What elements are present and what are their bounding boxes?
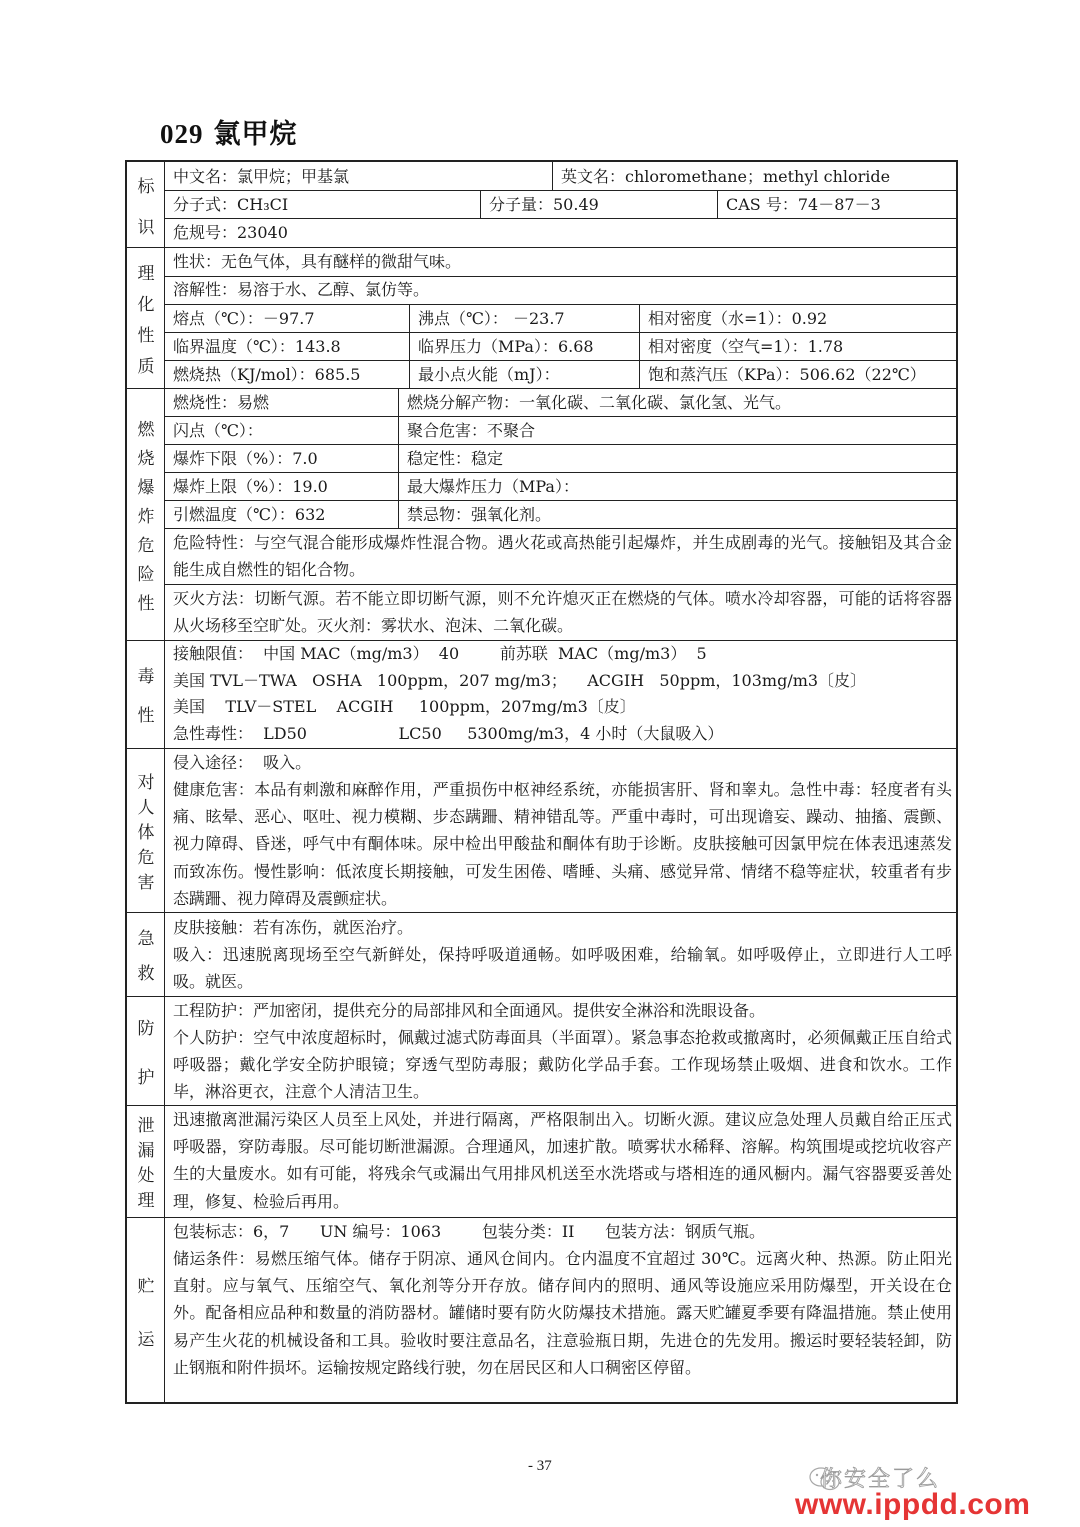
packing-info: 包装标志：6，7 UN 编号：1063 包装分类：II 包装方法：钢质气瓶。 [165,1218,958,1245]
toxicity-line-2: 美国 TVL－TWA OSHA 100ppm，207 mg/m3； ACGIH … [165,668,958,695]
section-divider [127,748,958,749]
toxicity-line-1: 接触限值： 中国 MAC（mg/m3） 40 前苏联 MAC（mg/m3） 5 [165,641,958,668]
leak-response-text: 迅速撤离泄漏污染区人员至上风处，并进行隔离，严格限制出入。切断火源。建议应急处理… [165,1106,958,1215]
first-aid-skin: 皮肤接触：若有冻伤，就医治疗。 [165,914,958,941]
page-number: - 37 [528,1458,552,1475]
section-label-protection: 防 护 [127,996,165,1105]
relative-density-water: 相对密度（水=1）：0.92 [640,305,958,333]
stability: 稳定性：稳定 [399,445,958,473]
section-label-fire-explosion: 燃 烧 爆 炸 危 险 性 [127,388,165,640]
section-label-toxicity: 毒 性 [127,640,165,748]
first-aid-inhalation: 吸入：迅速脱离现场至空气新鲜处，保持呼吸道通畅。如呼吸困难，给输氧。如呼吸停止，… [165,941,958,995]
critical-pressure: 临界压力（MPa）：6.68 [410,333,639,361]
cas-number: CAS 号：74－87－3 [718,191,958,219]
msds-table: 标 识 中文名：氯甲烷；甲基氯 英文名：chloromethane；methyl… [125,160,958,1404]
toxicity-line-3: 美国 TLV－STEL ACGIH 100ppm，207mg/m3〔皮〕 [165,694,958,721]
upper-explosive-limit: 爆炸上限（%）：19.0 [165,473,398,501]
autoignition-temperature: 引燃温度（℃）：632 [165,501,398,529]
molecular-formula: 分子式：CH₃CI [165,191,480,219]
hazard-characteristics: 危险特性：与空气混合能形成爆炸性混合物。遇火花或高热能引起爆炸，并生成剧毒的光气… [165,529,958,583]
watermark-site-url: www.ippdd.com [795,1488,1030,1522]
engineering-controls: 工程防护：严加密闭，提供充分的局部排风和全面通风。提供安全淋浴和洗眼设备。 [165,997,958,1024]
chinese-name: 中文名：氯甲烷；甲基氯 [165,163,552,191]
flammability: 燃烧性：易燃 [165,389,398,417]
chemical-name-title: 氯甲烷 [214,119,298,150]
section-label-health-hazards: 对 人 体 危 害 [127,748,165,912]
health-hazard-text: 健康危害：本品有刺激和麻醉作用，严重损伤中枢神经系统，亦能损害肝、肾和睾丸。急性… [165,776,958,912]
english-name: 英文名：chloromethane；methyl chloride [553,163,958,191]
incompatible-materials: 禁忌物：强氧化剂。 [399,501,958,529]
combustion-products: 燃烧分解产物：一氧化碳、二氧化碳、氯化氢、光气。 [399,389,958,417]
section-label-physchem: 理 化 性 质 [127,248,165,388]
route-of-entry: 侵入途径： 吸入。 [165,750,958,777]
boiling-point: 沸点（℃）： －23.7 [410,305,639,333]
saturated-vapor-pressure: 饱和蒸汽压（KPa）：506.62（22℃） [640,361,958,389]
document-number: 029 [160,119,204,149]
section-label-first-aid: 急 救 [127,912,165,996]
storage-conditions: 储运条件：易燃压缩气体。储存于阴凉、通风仓间内。仓内温度不宜超过 30℃。远离火… [165,1245,958,1381]
section-label-storage-transport: 贮 运 [127,1217,165,1404]
section-label-leak-response: 泄 漏 处 理 [127,1105,165,1217]
heat-of-combustion: 燃烧热（KJ/mol）：685.5 [165,361,409,389]
hazard-regulation-number: 危规号：23040 [165,219,958,247]
polymerization-hazard: 聚合危害：不聚合 [399,417,958,445]
page-title: 029氯甲烷 [160,112,298,151]
minimum-ignition-energy: 最小点火能（mJ）： [410,361,639,389]
fire-fighting-methods: 灭火方法：切断气源。若不能立即切断气源，则不允许熄灭正在燃烧的气体。喷水冷却容器… [165,585,958,639]
flash-point: 闪点（℃）： [165,417,398,445]
toxicity-line-4: 急性毒性： LD50 LC50 5300mg/m3，4 小时（大鼠吸入） [165,721,958,748]
solubility: 溶解性：易溶于水、乙醇、氯仿等。 [165,276,958,304]
max-explosion-pressure: 最大爆炸压力（MPa）： [399,473,958,501]
section-divider [127,912,958,913]
relative-density-air: 相对密度（空气=1）：1.78 [640,333,958,361]
molecular-weight: 分子量：50.49 [481,191,717,219]
personal-protection: 个人防护：空气中浓度超标时，佩戴过滤式防毒面具（半面罩）。紧急事态抢救或撤离时，… [165,1024,958,1106]
critical-temperature: 临界温度（℃）：143.8 [165,333,409,361]
melting-point: 熔点（℃）：－97.7 [165,305,409,333]
appearance: 性状：无色气体，具有醚样的微甜气味。 [165,248,958,276]
lower-explosive-limit: 爆炸下限（%）：7.0 [165,445,398,473]
section-label-identification: 标 识 [127,162,165,248]
